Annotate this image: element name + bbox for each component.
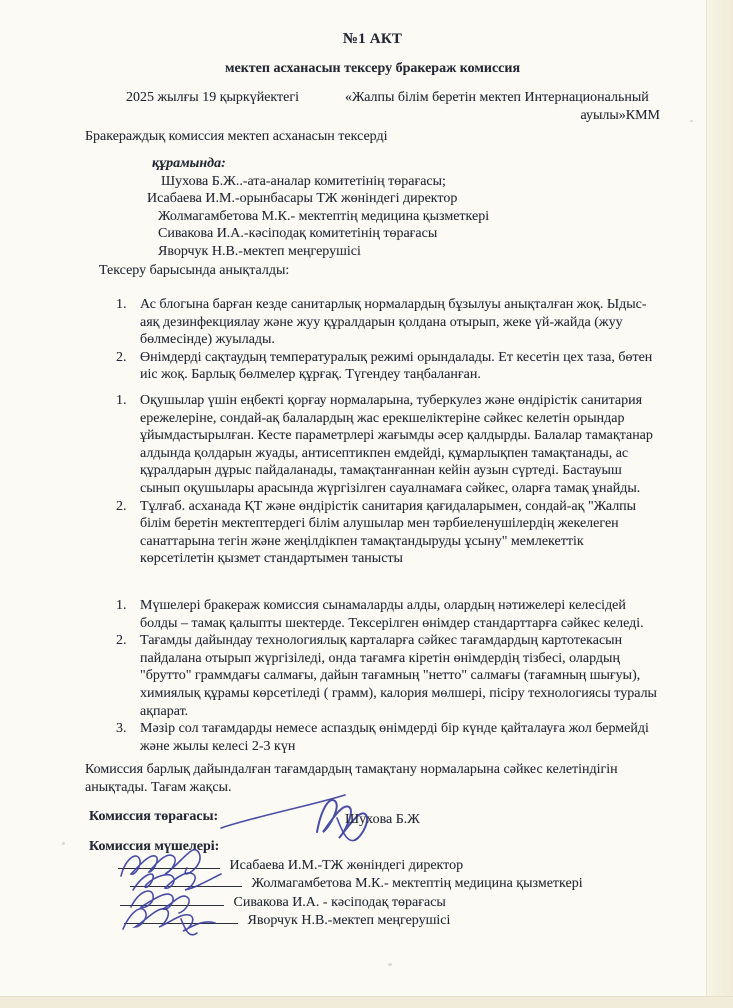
document-date: 2025 жылғы 19 қыркүйектегі — [126, 89, 299, 107]
finding-item: 2. Тағамды дайындау технологиялық картал… — [85, 632, 663, 720]
item-number: 1. — [116, 597, 140, 632]
item-number: 2. — [116, 632, 140, 720]
finding-item: 2. Өнімдерді сақтаудың температуралық ре… — [85, 349, 663, 384]
chairman-name: Шухова Б.Ж — [345, 811, 420, 829]
paper-edge-bottom — [0, 996, 733, 1008]
composition-member: Жолмагамбетова М.К.- мектептің медицина … — [158, 208, 489, 226]
organization-line-1: «Жалпы білім беретін мектеп Интернациона… — [345, 89, 660, 107]
document-subtitle: мектеп асханасын тексеру бракераж комисс… — [85, 61, 660, 77]
item-text: Мүшелері бракераж комиссия сынамаларды а… — [140, 597, 658, 632]
composition-member: Сивакова И.А.-кәсіподақ комитетінің төра… — [158, 225, 489, 243]
paper-edge-right — [706, 0, 733, 1008]
composition-member: Исабаева И.М.-орынбасары ТЖ жөніндегі ди… — [147, 190, 489, 208]
composition-member: Яворчук Н.В.-мектеп меңгерушісі — [158, 243, 489, 261]
finding-item: 2. Тұлғаб. асханада ҚТ және өндірістік с… — [85, 498, 663, 568]
chairman-label: Комиссия төрағасы: — [89, 808, 218, 826]
item-text: Тағамды дайындау технологиялық карталарғ… — [140, 632, 658, 720]
scanned-act-document: №1 АКТ мектеп асханасын тексеру бракераж… — [0, 0, 733, 1008]
member-name: Исабаева И.М.-ТЖ жөніндегі директор — [230, 858, 464, 873]
finding-item: 1. Оқушылар үшін еңбекті қорғау нормалар… — [85, 392, 663, 498]
item-text: Оқушылар үшін еңбекті қорғау нормаларына… — [140, 392, 658, 498]
findings-heading: Тексеру барысында анықталды: — [99, 262, 289, 280]
item-text: Өнімдерді сақтаудың температуралық режим… — [140, 349, 658, 384]
organization-line-2: ауылы»КММ — [345, 107, 660, 125]
item-number: 1. — [116, 296, 140, 349]
composition-heading: құрамында: — [152, 155, 489, 173]
member-signature-row: Яворчук Н.В.-мектеп меңгерушісі — [85, 911, 685, 929]
findings-list-3: 1. Мүшелері бракераж комиссия сынамалард… — [85, 597, 663, 755]
intro-line: Бракераждық комиссия мектеп асханасын те… — [85, 128, 388, 146]
scan-speck — [690, 120, 693, 122]
item-text: Ас блогына барған кезде санитарлық норма… — [140, 296, 658, 349]
organization-name: «Жалпы білім беретін мектеп Интернациона… — [345, 89, 660, 124]
scan-speck — [62, 842, 65, 845]
member-handwritten-signature — [119, 901, 223, 941]
composition-member-list: Шухова Б.Ж..-ата-аналар комитетінің төра… — [85, 173, 489, 261]
member-signatures-section: Исабаева И.М.-ТЖ жөніндегі директор Жолм… — [85, 856, 685, 930]
member-name: Сивакова И.А. - кәсіподақ төрағасы — [234, 895, 446, 910]
scan-speck — [388, 963, 392, 966]
finding-item: 1. Ас блогына барған кезде санитарлық но… — [85, 296, 663, 349]
findings-list-1: 1. Ас блогына барған кезде санитарлық но… — [85, 296, 663, 384]
item-text: Тұлғаб. асханада ҚТ және өндірістік сани… — [140, 498, 658, 568]
member-name: Яворчук Н.В.-мектеп меңгерушісі — [248, 913, 451, 928]
item-number: 1. — [116, 392, 140, 498]
item-number: 3. — [116, 720, 140, 755]
finding-item: 1. Мүшелері бракераж комиссия сынамалард… — [85, 597, 663, 632]
member-name: Жолмагамбетова М.К.- мектептің медицина … — [252, 876, 583, 891]
document-title: №1 АКТ — [85, 31, 660, 48]
composition-section: құрамында: Шухова Б.Ж..-ата-аналар комит… — [85, 155, 489, 261]
composition-member: Шухова Б.Ж..-ата-аналар комитетінің төра… — [161, 173, 489, 191]
item-text: Мәзір сол тағамдарды немесе аспаздық өні… — [140, 720, 658, 755]
finding-item: 3. Мәзір сол тағамдарды немесе аспаздық … — [85, 720, 663, 755]
item-number: 2. — [116, 498, 140, 568]
findings-list-2: 1. Оқушылар үшін еңбекті қорғау нормалар… — [85, 392, 663, 568]
item-number: 2. — [116, 349, 140, 384]
